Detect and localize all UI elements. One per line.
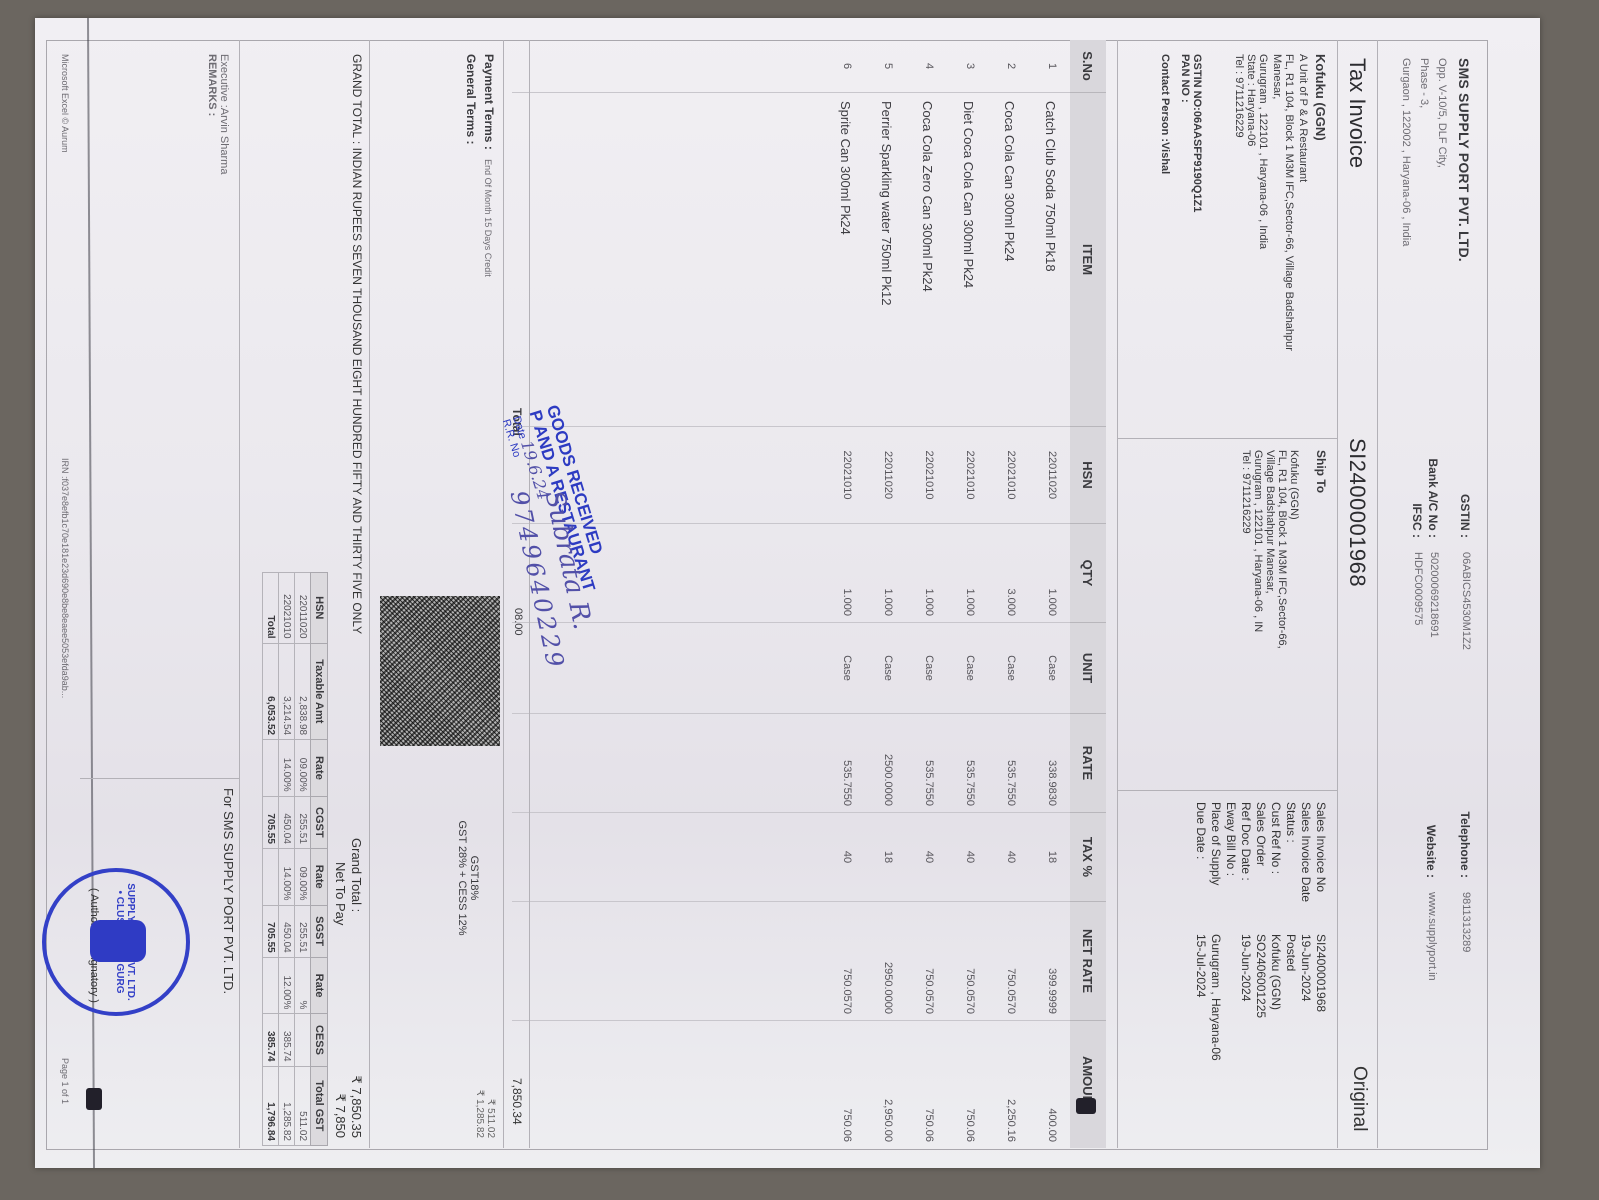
col-header-qty: QTY	[1070, 524, 1106, 623]
totals-block: Grand Total :₹ 7,850.35 Net To Pay₹ 7,85…	[332, 838, 364, 1138]
gst-summary-values: ₹ 511.02 ₹ 1,285.82	[474, 1078, 496, 1138]
divider	[239, 40, 240, 1148]
item-cell-hsn: 22021010	[947, 427, 988, 524]
powered-by: Microsoft Excel © Aurum	[60, 54, 70, 153]
invoice-meta-row: Sales Invoice Date19-Jun-2024	[1298, 802, 1313, 1142]
item-cell-rate: 338.9830	[1029, 714, 1070, 813]
item-cell-net-rate: 750.0570	[988, 902, 1029, 1021]
seller-block: SMS SUPPLY PORT PVT. LTD. Opp. V-10/5, D…	[1400, 58, 1472, 388]
meta-label: Sales Order	[1253, 802, 1268, 934]
amount-in-words-text: INDIAN RUPEES SEVEN THOUSAND EIGHT HUNDR…	[350, 148, 364, 635]
hsn-tax-col-header: Rate	[311, 740, 328, 797]
hsn-tax-total-row: Total6,053.52705.55705.55385.741,796.84	[263, 573, 279, 1146]
hsn-tax-total-cell: Total	[263, 573, 279, 644]
hsn-tax-cell: 09.00%	[295, 740, 311, 797]
hsn-tax-col-header: Rate	[311, 957, 328, 1014]
bill-to-line: Tel : 9711216229	[1233, 54, 1245, 434]
item-cell-qty: 3.000	[988, 524, 1029, 623]
invoice-meta-row: Place of SupplyGurugram , Haryana-06	[1208, 802, 1223, 1142]
invoice-meta: Sales Invoice NoSI2400001968Sales Invoic…	[1193, 802, 1328, 1142]
item-cell-rate: 535.7550	[947, 714, 988, 813]
ship-to-line: Tel : 9711216229	[1240, 450, 1252, 780]
item-cell-sno: 4	[906, 40, 947, 93]
item-cell-rate: 535.7550	[906, 714, 947, 813]
hsn-tax-cell: 511.02	[295, 1066, 311, 1145]
hsn-tax-cell: %	[295, 957, 311, 1014]
item-cell-hsn: 22011020	[1029, 427, 1070, 524]
hsn-tax-table: HSNTaxable AmtRateCGSTRateSGSTRateCESSTo…	[262, 572, 328, 1146]
items-total-amount: 7,850.34	[510, 1078, 524, 1125]
seller-address-2: Phase - 3,	[1418, 58, 1430, 388]
item-row: 4Coca Cola Zero Can 300ml Pk24220210101.…	[906, 40, 947, 1148]
item-cell-qty: 1.000	[1029, 524, 1070, 623]
item-cell-hsn: 22021010	[988, 427, 1029, 524]
hsn-tax-total-cell	[263, 848, 279, 905]
remarks-label: REMARKS :	[206, 54, 218, 174]
meta-value: Gurugram , Haryana-06	[1208, 934, 1223, 1061]
item-cell-amount: 750.06	[824, 1021, 865, 1149]
seller-ifsc: HDFC0009575	[1410, 552, 1424, 625]
filler-cell	[512, 714, 824, 813]
ship-to-heading: Ship To	[1314, 450, 1328, 780]
ship-to-block: Ship To Kofuku (GGN) FL, R1 104, Block 1…	[1240, 450, 1328, 780]
item-cell-hsn: 22011020	[865, 427, 906, 524]
hsn-tax-row: 220110202,838.9809.00%255.5109.00%255.51…	[295, 573, 311, 1146]
item-cell-sno: 3	[947, 40, 988, 93]
general-terms-label: General Terms :	[464, 54, 478, 277]
hsn-tax-cell: 450.04	[279, 905, 295, 957]
item-cell-sno: 6	[824, 40, 865, 93]
filler-cell	[512, 93, 824, 427]
hsn-tax-total-cell: 705.55	[263, 905, 279, 957]
hsn-tax-cell: 255.51	[295, 905, 311, 957]
item-cell-net-rate: 750.0570	[824, 902, 865, 1021]
item-cell-amount: 2,250.16	[988, 1021, 1029, 1149]
divider	[1337, 40, 1338, 1148]
hsn-tax-header-row: HSNTaxable AmtRateCGSTRateSGSTRateCESSTo…	[311, 573, 328, 1146]
ship-to-line: Gurugram , 122101 , Haryana-06 , IN	[1252, 450, 1264, 780]
meta-value: Kofuku (GGN)	[1268, 934, 1283, 1010]
ship-to-line: Village Badshahpur Manesar,	[1264, 450, 1276, 780]
invoice-meta-row: Cust Ref No :Kofuku (GGN)	[1268, 802, 1283, 1142]
item-cell-tax: 40	[947, 813, 988, 902]
copy-label: Original	[1348, 1066, 1370, 1131]
meta-value: Posted	[1283, 934, 1298, 971]
item-row: 5Perrier Sparkling water 750ml Pk1222011…	[865, 40, 906, 1148]
for-company: For SMS SUPPLY PORT PVT. LTD.	[221, 788, 236, 994]
grand-total-value: ₹ 7,850.35	[348, 1076, 364, 1139]
seller-contact-block: Telephone :9811313289 Website :www.suppl…	[1424, 778, 1472, 1138]
hsn-tax-cell: 2,838.98	[295, 643, 311, 740]
invoice-meta-row: Due Date :15-Jul-2024	[1193, 802, 1208, 1142]
gst-summary-label: GST18%	[468, 778, 480, 978]
col-header-amount: AMOUNT	[1070, 1021, 1106, 1149]
col-header-tax: TAX %	[1070, 813, 1106, 902]
hsn-tax-col-header: Total GST	[311, 1066, 328, 1145]
invoice-meta-row: Status :Posted	[1283, 802, 1298, 1142]
footer-left: Executive :Arvin Sharma REMARKS :	[206, 54, 230, 174]
invoice-meta-row: Sales OrderSO2406001225	[1253, 802, 1268, 1142]
col-header-hsn: HSN	[1070, 427, 1106, 524]
meta-label: Due Date :	[1193, 802, 1208, 934]
item-cell-tax: 18	[1029, 813, 1070, 902]
meta-value: SO2406001225	[1253, 934, 1268, 1018]
item-cell-unit: Case	[906, 623, 947, 714]
meta-label: Ref Doc Date :	[1238, 802, 1253, 934]
gst-summary-labels: GST18% GST 28% + CESS 12%	[456, 778, 480, 978]
website-label: Website :	[1424, 778, 1438, 878]
hsn-tax-total-cell: 1,796.84	[263, 1066, 279, 1145]
invoice-title: Tax Invoice	[1344, 58, 1370, 168]
item-cell-net-rate: 750.0570	[947, 902, 988, 1021]
bill-to-pan: PAN NO :	[1179, 54, 1191, 434]
items-table: S.No ITEM HSN QTY UNIT RATE TAX % NET RA…	[512, 40, 1106, 1148]
e-invoice-qr-code	[380, 596, 500, 746]
divider	[369, 40, 370, 1148]
item-cell-qty: 1.000	[947, 524, 988, 623]
item-cell-rate: 535.7550	[988, 714, 1029, 813]
item-row: 6Sprite Can 300ml Pk24220210101.000Case5…	[824, 40, 865, 1148]
signature-scribble	[90, 920, 146, 962]
meta-label: Sales Invoice No	[1313, 802, 1328, 934]
seller-bank-block: GSTIN :06ABICS4530M1Z2 Bank A/C No :5020…	[1410, 418, 1472, 738]
bill-to-line: Gurugram , 122101 , Haryana-06 , India	[1257, 54, 1269, 434]
bill-to-line: Manesar,	[1271, 54, 1283, 434]
item-cell-amount: 2,950.00	[865, 1021, 906, 1149]
bank-ac-label: Bank A/C No :	[1426, 418, 1440, 538]
item-cell-item: Catch Club Soda 750ml Pk18	[1029, 93, 1070, 427]
bill-to-line: State : Haryana-06	[1245, 54, 1257, 434]
invoice-meta-row: Eway Bill No :	[1223, 802, 1238, 1142]
items-total-qty: 08.00	[512, 608, 524, 636]
invoice-meta-row: Sales Invoice NoSI2400001968	[1313, 802, 1328, 1142]
clip-mark	[86, 1088, 102, 1110]
divider	[1118, 790, 1338, 791]
item-cell-tax: 40	[988, 813, 1029, 902]
item-cell-amount: 750.06	[947, 1021, 988, 1149]
irn-number: IRN :f037e8efb1c70e181e23d690e8be8eaee50…	[60, 458, 70, 698]
hsn-tax-cell: 1,285.82	[279, 1066, 295, 1145]
col-header-item: ITEM	[1070, 93, 1106, 427]
grand-total-label: Grand Total :	[348, 838, 364, 912]
bill-to-contact: Contact Person :Vishal	[1159, 54, 1171, 434]
item-cell-tax: 40	[824, 813, 865, 902]
divider	[1377, 40, 1378, 1148]
meta-value: 15-Jul-2024	[1193, 934, 1208, 997]
hsn-tax-cell: 14.00%	[279, 740, 295, 797]
terms-block: Payment Terms : End Of Month 15 Days Cre…	[464, 54, 496, 277]
divider	[1117, 40, 1118, 1148]
bill-to-block: Kofuku (GGN) A Unit of P & A Restaurant …	[1159, 54, 1328, 434]
item-row: 3Diet Coca Cola Can 300ml Pk24220210101.…	[947, 40, 988, 1148]
item-cell-item: Coca Cola Zero Can 300ml Pk24	[906, 93, 947, 427]
item-cell-unit: Case	[1029, 623, 1070, 714]
filler-cell	[512, 1021, 824, 1149]
ifsc-label: IFSC :	[1410, 418, 1424, 538]
meta-value: SI2400001968	[1313, 934, 1328, 1012]
hsn-tax-col-header: HSN	[311, 573, 328, 644]
bill-to-gstin: GSTIN NO:06AASFP9190Q1Z1	[1191, 54, 1203, 434]
gstin-label: GSTIN :	[1458, 418, 1472, 538]
seller-address-1: Opp. V-10/5, DLF City,	[1436, 58, 1448, 388]
gst-summary-label: GST 28% + CESS 12%	[456, 778, 468, 978]
seller-gstin: 06ABICS4530M1Z2	[1458, 552, 1472, 650]
divider	[80, 778, 240, 779]
item-cell-unit: Case	[988, 623, 1029, 714]
item-cell-hsn: 22021010	[906, 427, 947, 524]
hsn-tax-total-cell	[263, 957, 279, 1014]
executive-name: Executive :Arvin Sharma	[218, 54, 230, 174]
item-cell-rate: 535.7550	[824, 714, 865, 813]
hsn-tax-cell: 385.74	[279, 1014, 295, 1066]
telephone-label: Telephone :	[1458, 778, 1472, 878]
meta-value: 19-Jun-2024	[1238, 934, 1253, 1001]
bill-to-line: A Unit of P & A Restaurant	[1297, 54, 1309, 434]
hsn-tax-total-cell: 705.55	[263, 796, 279, 848]
item-row: 2Coca Cola Can 300ml Pk24220210103.000Ca…	[988, 40, 1029, 1148]
seller-website: www.supplyport.in	[1424, 892, 1438, 981]
item-cell-amount: 750.06	[906, 1021, 947, 1149]
meta-label: Status :	[1283, 802, 1298, 934]
hsn-tax-total-cell: 6,053.52	[263, 643, 279, 740]
hsn-tax-cell: 22011020	[295, 573, 311, 644]
hsn-tax-col-header: CGST	[311, 796, 328, 848]
amount-in-words-label: GRAND TOTAL :	[350, 54, 364, 144]
divider	[1118, 438, 1338, 439]
hsn-tax-total-cell	[263, 740, 279, 797]
col-header-rate: RATE	[1070, 714, 1106, 813]
invoice-paper: SMS SUPPLY PORT PVT. LTD. Opp. V-10/5, D…	[35, 18, 1540, 1168]
clip-mark	[1076, 1098, 1096, 1114]
net-to-pay-value: ₹ 7,850	[332, 1094, 348, 1138]
hsn-tax-cell: 09.00%	[295, 848, 311, 905]
meta-label: Cust Ref No :	[1268, 802, 1283, 934]
hsn-tax-col-header: Rate	[311, 848, 328, 905]
filler-cell	[512, 902, 824, 1021]
hsn-tax-cell: 450.04	[279, 796, 295, 848]
item-cell-unit: Case	[947, 623, 988, 714]
hsn-tax-total-cell: 385.74	[263, 1014, 279, 1066]
seller-bank-ac: 50200069218691	[1426, 552, 1440, 638]
items-header-row: S.No ITEM HSN QTY UNIT RATE TAX % NET RA…	[1070, 40, 1106, 1148]
gst-summary-value: ₹ 511.02	[485, 1078, 496, 1138]
ship-to-line: FL, R1 104, Block 1 M3M IFC,Sector-66,	[1276, 450, 1288, 780]
invoice-meta-row: Ref Doc Date :19-Jun-2024	[1238, 802, 1253, 1142]
meta-label: Eway Bill No :	[1223, 802, 1238, 934]
col-header-net-rate: NET RATE	[1070, 902, 1106, 1021]
page-number: Page 1 of 1	[60, 1058, 70, 1104]
seller-telephone: 9811313289	[1458, 892, 1472, 952]
item-cell-sno: 1	[1029, 40, 1070, 93]
hsn-tax-cell: 3,214.54	[279, 643, 295, 740]
hsn-tax-col-header: SGST	[311, 905, 328, 957]
hsn-tax-cell: 14.00%	[279, 848, 295, 905]
item-cell-qty: 1.000	[824, 524, 865, 623]
hsn-tax-cell: 12.00%	[279, 957, 295, 1014]
company-seal: SUPPLY PORT PVT. LTD. • CLUSTER 01, GURG	[42, 868, 190, 1016]
divider	[503, 40, 504, 1148]
item-cell-tax: 18	[865, 813, 906, 902]
filler-cell	[512, 40, 824, 93]
item-cell-net-rate: 399.9999	[1029, 902, 1070, 1021]
item-cell-item: Diet Coca Cola Can 300ml Pk24	[947, 93, 988, 427]
bill-to-line: FL, R1 104, Block 1 M3M IFC,Sector-66, V…	[1283, 54, 1295, 434]
net-to-pay-label: Net To Pay	[332, 862, 348, 925]
item-cell-net-rate: 2950.0000	[865, 902, 906, 1021]
item-cell-rate: 2500.0000	[865, 714, 906, 813]
item-cell-item: Sprite Can 300ml Pk24	[824, 93, 865, 427]
invoice-number-heading: SI2400001968	[1344, 438, 1370, 587]
item-cell-tax: 40	[906, 813, 947, 902]
item-cell-qty: 1.000	[906, 524, 947, 623]
item-cell-sno: 2	[988, 40, 1029, 93]
col-header-unit: UNIT	[1070, 623, 1106, 714]
meta-label: Place of Supply	[1208, 802, 1223, 934]
meta-label: Sales Invoice Date	[1298, 802, 1313, 934]
ship-to-name: Kofuku (GGN)	[1288, 450, 1300, 780]
payment-terms-value: End Of Month 15 Days Credit	[483, 159, 493, 277]
seller-name: SMS SUPPLY PORT PVT. LTD.	[1456, 58, 1472, 388]
item-cell-unit: Case	[865, 623, 906, 714]
hsn-tax-cell: 255.51	[295, 796, 311, 848]
item-cell-qty: 1.000	[865, 524, 906, 623]
item-cell-item: Perrier Sparkling water 750ml Pk12	[865, 93, 906, 427]
item-cell-hsn: 22021010	[824, 427, 865, 524]
meta-value: 19-Jun-2024	[1298, 934, 1313, 1001]
hsn-tax-row: 220210103,214.5414.00%450.0414.00%450.04…	[279, 573, 295, 1146]
item-cell-net-rate: 750.0570	[906, 902, 947, 1021]
hsn-tax-cell: 22021010	[279, 573, 295, 644]
seller-address-3: Gurgaon , 122002 , Haryana-06 , India	[1400, 58, 1412, 388]
col-header-sno: S.No	[1070, 40, 1106, 93]
item-cell-amount: 400.00	[1029, 1021, 1070, 1149]
hsn-tax-col-header: Taxable Amt	[311, 643, 328, 740]
item-row: 1Catch Club Soda 750ml Pk18220110201.000…	[1029, 40, 1070, 1148]
gst-summary-value: ₹ 1,285.82	[474, 1078, 485, 1138]
item-cell-unit: Case	[824, 623, 865, 714]
amount-in-words: GRAND TOTAL : INDIAN RUPEES SEVEN THOUSA…	[350, 54, 364, 834]
item-cell-sno: 5	[865, 40, 906, 93]
item-cell-item: Coca Cola Can 300ml Pk24	[988, 93, 1029, 427]
hsn-tax-col-header: CESS	[311, 1014, 328, 1066]
hsn-tax-cell	[295, 1014, 311, 1066]
payment-terms-label: Payment Terms :	[482, 54, 496, 150]
bill-to-name: Kofuku (GGN)	[1313, 54, 1328, 434]
filler-cell	[512, 813, 824, 902]
